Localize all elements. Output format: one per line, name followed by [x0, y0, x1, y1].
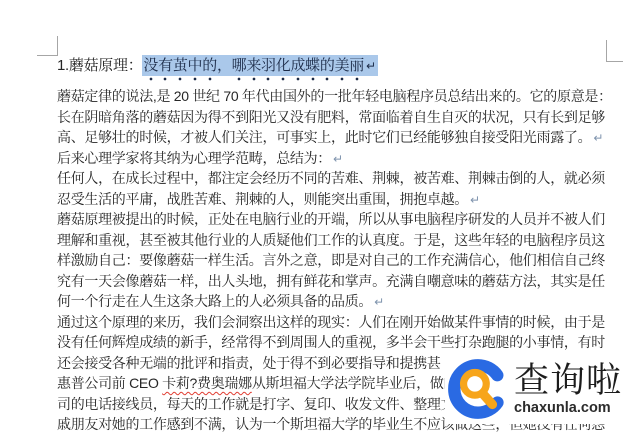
watermark-brand-name: 查询啦	[514, 362, 622, 400]
text-line: 后来心理学家将其纳为心理学范畴，总结为：↵	[57, 148, 612, 169]
text-line: 忍受生活的平庸，战胜苦难、荆棘的人，则能突出重围，拥抱卓越。↵	[57, 189, 612, 210]
paragraph-mark: ↵	[333, 152, 343, 166]
text-line: 理解和重视，甚至被其他行业的人质疑他们工作的认真度。于是，这些年轻的电脑程序员这	[57, 230, 612, 251]
paragraph-mark: ↵	[470, 193, 480, 207]
text-line: 样激励自己：要像蘑菇一样生活。言外之意，即是对自己的工作充满信心，他们相信自己终	[57, 250, 612, 271]
text-line: 没有任何辉煌成绩的新手，经常得不到周围人的重视，多半会干些打杂跑腿的小事情，有时	[57, 332, 612, 353]
text-line: 高、足够壮的时候，才被人们关注，可事实上，此时它们已经能够独自接受阳光雨露了。↵	[57, 127, 612, 148]
paragraph-mark: ↵	[374, 295, 384, 309]
spellcheck-flagged-text: 卡莉?费奥瑞娜	[162, 375, 252, 391]
selected-highlight[interactable]: 没有茧中的，哪来羽化成蝶的美丽↵	[142, 55, 377, 76]
paragraph-mark: ↵	[366, 59, 376, 73]
text-boundary-mark-right	[606, 40, 623, 62]
text-boundary-mark-left	[37, 36, 58, 56]
heading-line: 1.蘑菇原理：没有茧中的，哪来羽化成蝶的美丽↵	[57, 54, 378, 81]
text-line: 何一个行走在人生这条大路上的人必须具备的品质。↵	[57, 291, 612, 312]
text-line: 蘑菇定律的说法,是 20 世纪 70 年代由国外的一批年轻电脑程序员总结出来的。…	[57, 86, 612, 107]
search-magnifier-icon	[445, 356, 511, 422]
text-line: 究有一天会像蘑菇一样，出人头地，拥有鲜花和掌声。充满自嘲意味的蘑菇方法，其实是任	[57, 271, 612, 292]
watermark-domain: chaxunla.com	[514, 401, 622, 416]
document-page: 1.蘑菇原理：没有茧中的，哪来羽化成蝶的美丽↵ 蘑菇定律的说法,是 20 世纪 …	[0, 0, 623, 434]
heading-prefix: 1.蘑菇原理：	[57, 57, 142, 74]
text-line: 长在阴暗角落的蘑菇因为得不到阳光又没有肥料，常面临着自生自灭的状况，只有长到足够	[57, 107, 612, 128]
watermark-logo[interactable]: 查询啦 chaxunla.com	[445, 353, 623, 424]
text-line: 蘑菇原理被提出的时候，正处在电脑行业的开端，所以从事电脑程序研发的人员并不被人们	[57, 209, 612, 230]
text-line: 通过这个原理的来历，我们会洞察出这样的现实：人们在刚开始做某件事情的时候，由于是	[57, 312, 612, 333]
text-line: 任何人，在成长过程中，都注定会经历不同的苦难、荆棘，被苦难、荆棘击倒的人，就必须	[57, 168, 612, 189]
paragraph-mark: ↵	[593, 131, 603, 145]
watermark-text-block: 查询啦 chaxunla.com	[514, 362, 622, 416]
